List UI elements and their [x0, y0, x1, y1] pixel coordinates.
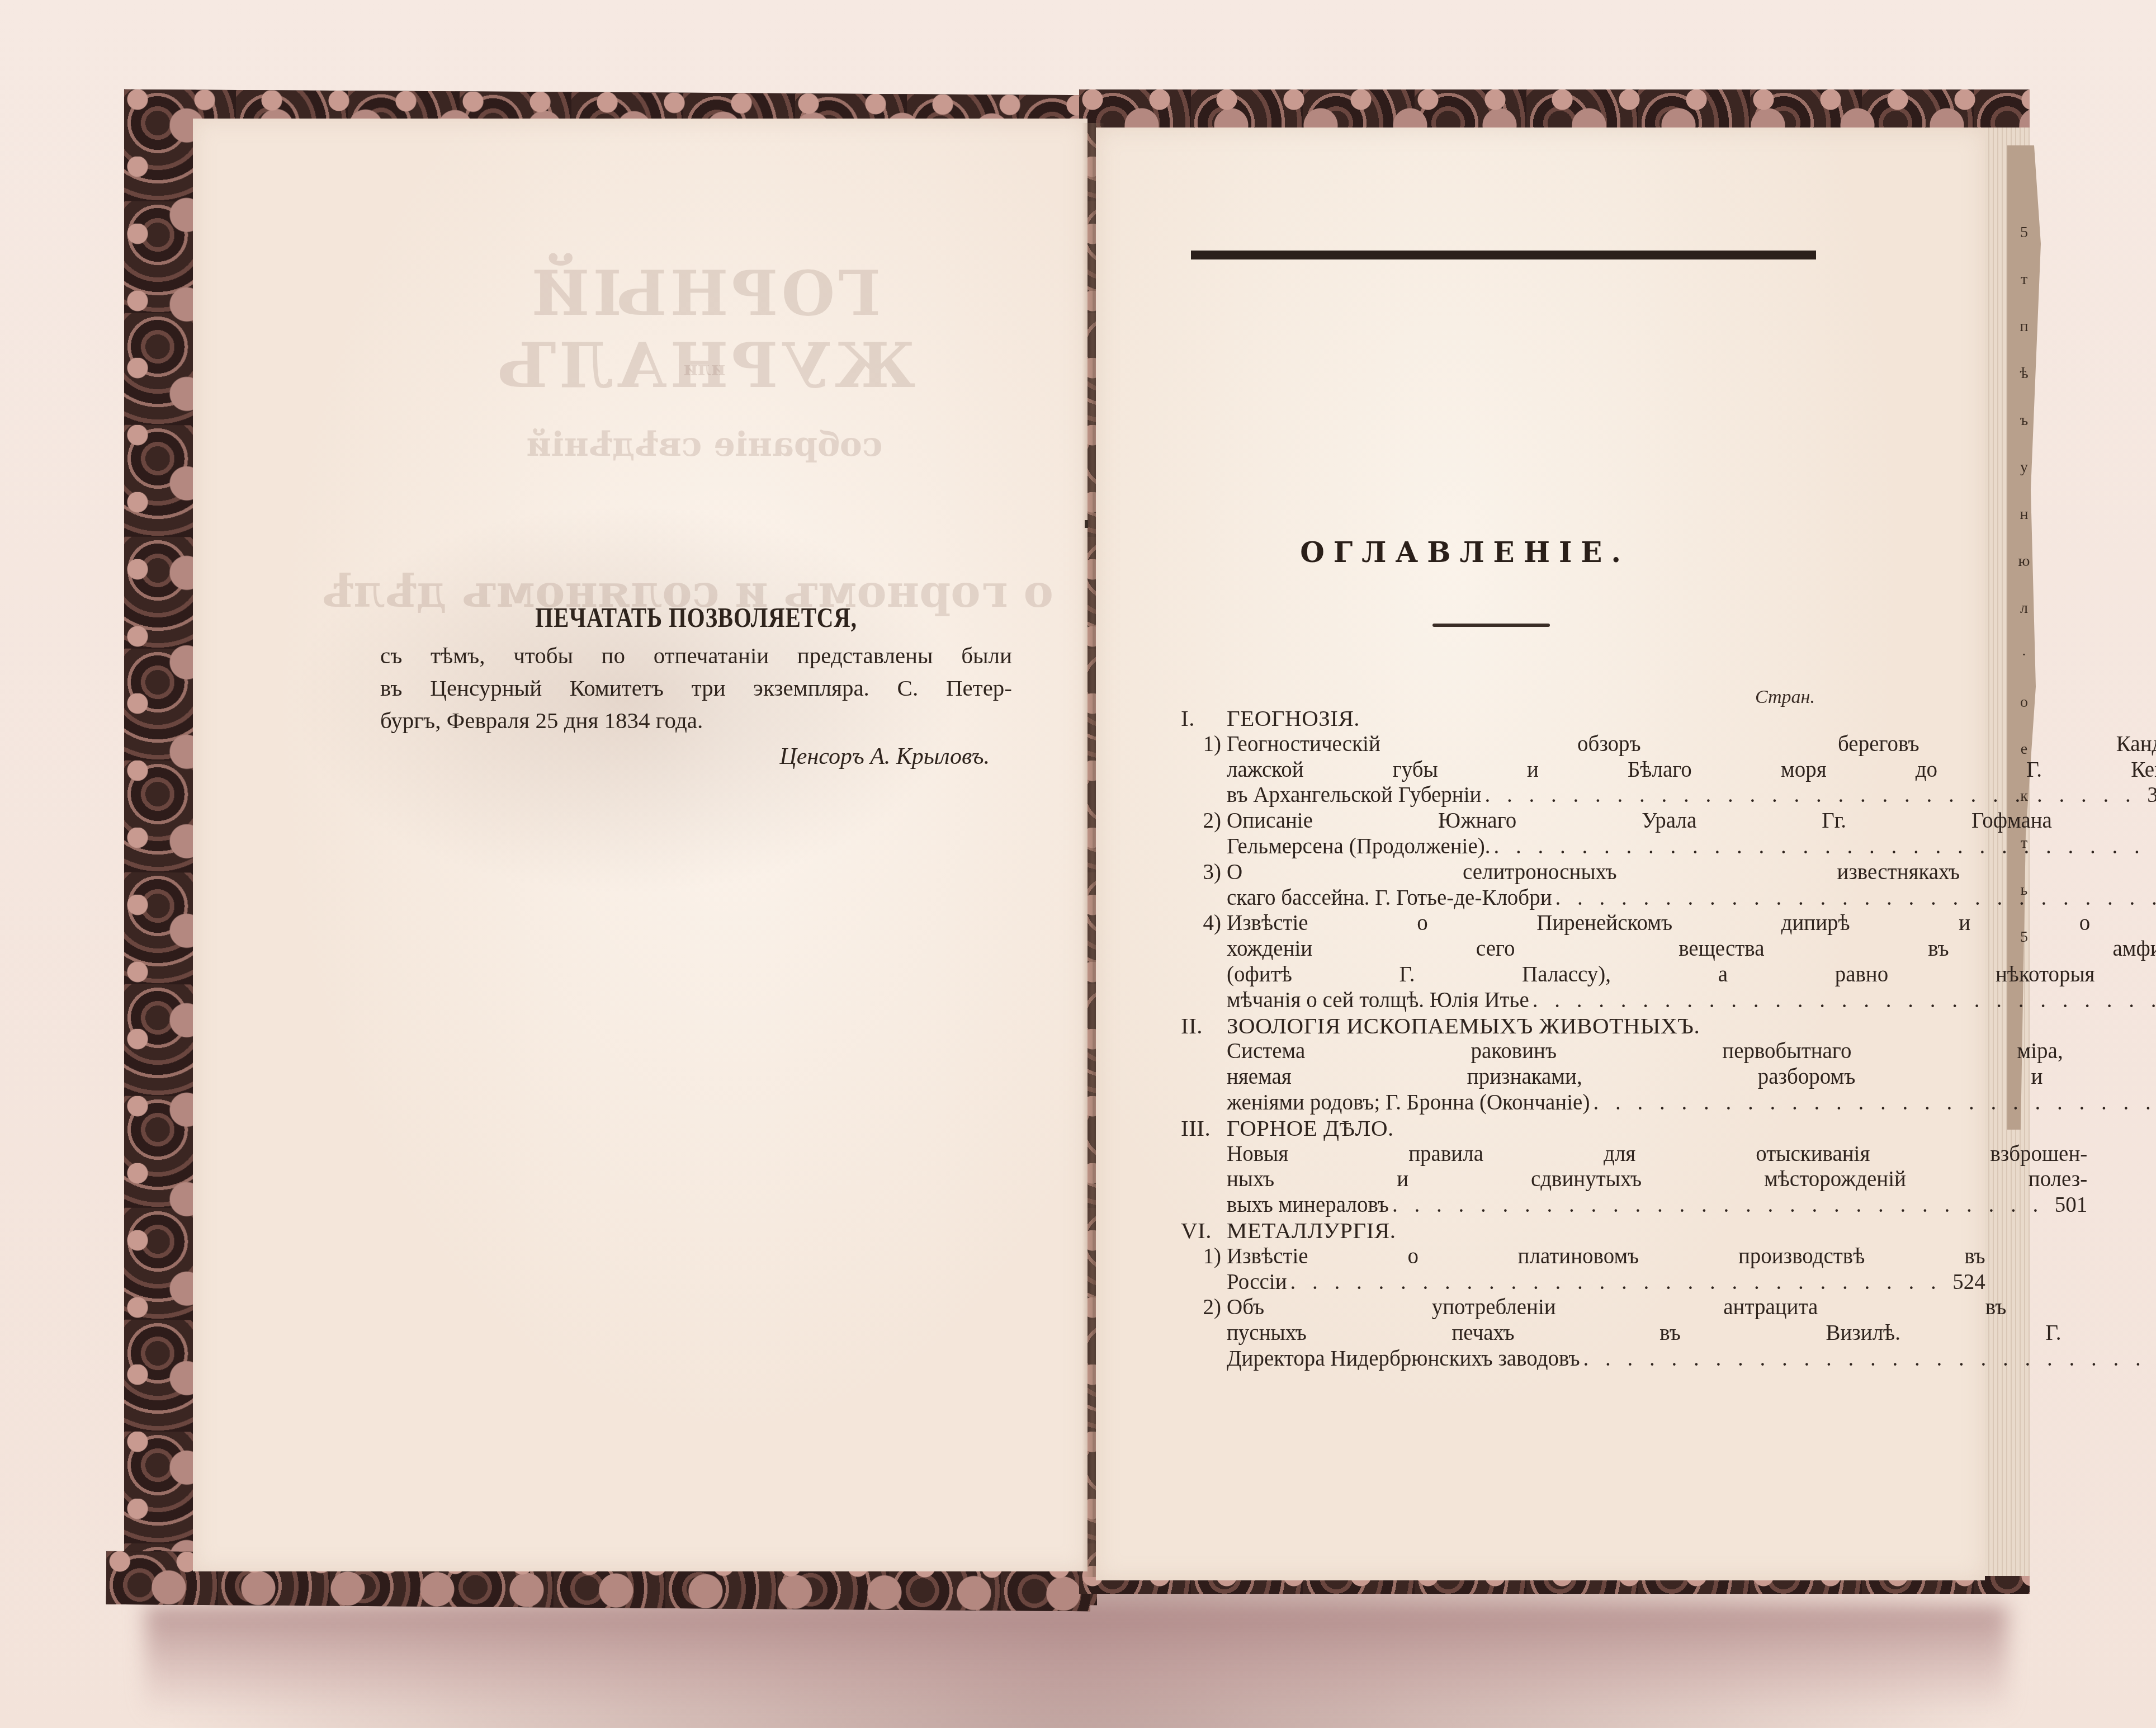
entry-last-line: женіями родовъ; Г. Бронна (Окончаніе). .…: [1227, 1090, 2156, 1116]
entry-line: Директора Нидербрюнскихъ заводовъ: [1227, 1346, 1580, 1372]
entry-text: Извѣстіе о платиновомъ производствѣ въРо…: [1227, 1244, 1985, 1295]
entry-text: Геогностическій обзоръ береговъ Канда-ла…: [1227, 731, 2156, 808]
entry-last-line: выхъ минераловъ. . . . . . . . . . . . .…: [1227, 1192, 2087, 1218]
section-title: МЕТАЛЛУРГІЯ.: [1227, 1218, 1818, 1244]
toc-entry: Система раковинъ первобытнаго міра, объя…: [1181, 1038, 1818, 1115]
bleed-through-line2: собраніе свѣдѣній: [313, 425, 1096, 464]
edge-letter: ѣ: [2020, 365, 2028, 383]
entry-line: пусныхъ печахъ въ Визилѣ. Г. Робина,: [1227, 1320, 2156, 1346]
imprimatur-line: съ тѣмъ, чтобы по отпечатаніи представле…: [380, 639, 1012, 672]
page-number: 524: [1945, 1269, 1985, 1295]
section-title: ЗООЛОГІЯ ИСКОПАЕМЫХЪ ЖИВОТНЫХЪ.: [1227, 1013, 1818, 1039]
entry-last-line: скаго бассейна. Г. Готье-де-Клобри. . . …: [1227, 885, 2156, 911]
dot-leader: . . . . . . . . . . . . . . . . . . . . …: [1590, 1090, 2156, 1116]
entry-last-line: Россіи. . . . . . . . . . . . . . . . . …: [1227, 1269, 1985, 1295]
bleed-through-line1: или: [313, 358, 1096, 380]
section-title: ГОРНОЕ ДѢЛО.: [1227, 1116, 1818, 1141]
entry-number: 2): [1181, 808, 1227, 860]
entry-line: Россіи: [1227, 1269, 1287, 1295]
entry-line: Описаніе Южнаго Урала Гг. Гофмана и: [1227, 808, 2156, 834]
edge-letter: о: [2020, 693, 2028, 711]
dot-leader: . . . . . . . . . . . . . . . . . . . . …: [1287, 1269, 1945, 1295]
toc-heading: ОГЛАВЛЕНІЕ.: [1252, 536, 1677, 569]
section-number: VI.: [1181, 1218, 1227, 1244]
entry-line: хожденіи сего вещества въ амфиболитѣ: [1227, 936, 2156, 962]
toc-entry: 3)О селитроносныхъ известнякахъ Париж-ск…: [1181, 860, 1818, 911]
dot-leader: . . . . . . . . . . . . . . . . . . . . …: [1580, 1346, 2156, 1372]
dot-leader: . . . . . . . . . . . . . . . . . . . . …: [1552, 885, 2156, 911]
book-shadow: [145, 1605, 2007, 1717]
censorship-imprimatur: ПЕЧАТАТЬ ПОЗВОЛЯЕТСЯ, съ тѣмъ, чтобы по …: [380, 601, 1012, 770]
edge-letter: т: [2021, 271, 2027, 289]
section-title: ГЕОГНОЗІЯ.: [1227, 706, 1818, 731]
section-number: II.: [1181, 1013, 1227, 1039]
entry-text: Объ употребленіи антрацита въ высококор-…: [1227, 1295, 2156, 1371]
page-number: 397: [2140, 782, 2156, 808]
edge-letter: ю: [2018, 553, 2030, 570]
entry-number: 1): [1181, 731, 1227, 808]
imprimatur-line: въ Ценсурный Комитетъ три экземпляра. С.…: [380, 672, 1012, 704]
entry-line: Система раковинъ первобытнаго міра, объя…: [1227, 1038, 2156, 1064]
toc-entry: 2)Описаніе Южнаго Урала Гг. Гофмана иГел…: [1181, 808, 1818, 860]
entry-line: (офитѣ Г. Палассу), а равно нѣкоторыя за…: [1227, 962, 2156, 988]
dot-leader: . . . . . . . . . . . . . . . . . . . . …: [1481, 782, 2139, 808]
edge-letter: у: [2020, 459, 2028, 476]
dot-leader: . . . . . . . . . . . . . . . . . . . . …: [1389, 1192, 2047, 1218]
entry-last-line: въ Архангельской Губерніи. . . . . . . .…: [1227, 782, 2156, 808]
entry-text: Описаніе Южнаго Урала Гг. Гофмана иГельм…: [1227, 808, 2156, 860]
imprimatur-line: бургъ, Февраля 25 дня 1834 года.: [380, 704, 1012, 736]
entry-line: Извѣстіе о платиновомъ производствѣ въ: [1227, 1244, 1985, 1269]
toc-section-heading: II.ЗООЛОГІЯ ИСКОПАЕМЫХЪ ЖИВОТНЫХЪ.: [1181, 1013, 1818, 1039]
entry-line: скаго бассейна. Г. Готье-де-Клобри: [1227, 885, 1552, 911]
entry-text: О селитроносныхъ известнякахъ Париж-скаг…: [1227, 860, 2156, 911]
toc-section-heading: III.ГОРНОЕ ДѢЛО.: [1181, 1116, 1818, 1141]
section-number: III.: [1181, 1116, 1227, 1141]
entry-line: выхъ минераловъ: [1227, 1192, 1389, 1218]
entry-last-line: Директора Нидербрюнскихъ заводовъ. . . .…: [1227, 1346, 2156, 1372]
header-double-rule: [1191, 251, 1816, 259]
entry-last-line: Гельмерсена (Продолженіе).. . . . . . . …: [1227, 834, 2156, 860]
page-number: 427: [2149, 834, 2156, 860]
edge-letter: 5: [2020, 224, 2028, 242]
entry-line: мѣчанія о сей толщѣ. Юлія Итье: [1227, 988, 1529, 1013]
censor-signature: Ценсоръ А. Крыловъ.: [380, 743, 1012, 770]
page-number: 501: [2047, 1192, 2087, 1218]
toc-section-heading: VI.МЕТАЛЛУРГІЯ.: [1181, 1218, 1818, 1244]
edge-letter: п: [2020, 318, 2029, 336]
entry-text: Извѣстіе о Пиренейскомъ дипирѣ и о на-хо…: [1227, 910, 2156, 1013]
entry-number: 1): [1181, 1244, 1227, 1295]
entry-line: Объ употребленіи антрацита въ высококор-: [1227, 1295, 2156, 1320]
entry-text: Система раковинъ первобытнаго міра, объя…: [1227, 1038, 2156, 1115]
dot-leader: . . . . . . . . . . . . . . . . . . . . …: [1490, 834, 2148, 860]
section-number: I.: [1181, 706, 1227, 731]
toc-entry: 4)Извѣстіе о Пиренейскомъ дипирѣ и о на-…: [1181, 910, 1818, 1013]
entry-line: О селитроносныхъ известнякахъ Париж-: [1227, 860, 2156, 885]
toc-entry: Новыя правила для отыскиванія взброшен-н…: [1181, 1141, 1818, 1218]
entry-line: ныхъ и сдвинутыхъ мѣсторожденій полез-: [1227, 1167, 2087, 1192]
toc-entry: 1)Геогностическій обзоръ береговъ Канда-…: [1181, 731, 1818, 808]
dot-leader: . . . . . . . . . . . . . . . . . . . . …: [1529, 988, 2156, 1013]
edge-letter: л: [2020, 599, 2028, 617]
entry-line: лажской губы и Бѣлаго моря до Г. Кеми: [1227, 757, 2156, 783]
heading-divider: [1432, 624, 1550, 627]
edge-letter: ъ: [2020, 412, 2028, 429]
edge-letter: н: [2020, 506, 2029, 523]
edge-letter: ·: [2021, 646, 2026, 664]
entry-last-line: мѣчанія о сей толщѣ. Юлія Итье. . . . . …: [1227, 988, 2156, 1013]
spine-stitch-mark: [1085, 520, 1088, 528]
table-of-contents: I.ГЕОГНОЗІЯ.1)Геогностическій обзоръ бер…: [1181, 706, 1818, 1372]
entry-line: Гельмерсена (Продолженіе).: [1227, 834, 1490, 860]
entry-text: Новыя правила для отыскиванія взброшен-н…: [1227, 1141, 2087, 1218]
pages-column-label: Стран.: [1705, 687, 1815, 708]
entry-number: 3): [1181, 860, 1227, 911]
toc-section-heading: I.ГЕОГНОЗІЯ.: [1181, 706, 1818, 731]
entry-number: 4): [1181, 910, 1227, 1013]
toc-entry: 2)Объ употребленіи антрацита въ высококо…: [1181, 1295, 1818, 1371]
toc-entry: 1)Извѣстіе о платиновомъ производствѣ въ…: [1181, 1244, 1818, 1295]
entry-line: въ Архангельской Губерніи: [1227, 782, 1481, 808]
imprimatur-title: ПЕЧАТАТЬ ПОЗВОЛЯЕТСЯ,: [437, 601, 956, 634]
entry-line: Извѣстіе о Пиренейскомъ дипирѣ и о на-: [1227, 910, 2156, 936]
imprimatur-body: съ тѣмъ, чтобы по отпечатаніи представле…: [380, 639, 1012, 736]
entry-line: Новыя правила для отыскиванія взброшен-: [1227, 1141, 2087, 1167]
entry-line: Геогностическій обзоръ береговъ Канда-: [1227, 731, 2156, 757]
entry-line: женіями родовъ; Г. Бронна (Окончаніе): [1227, 1090, 1590, 1116]
entry-number: 2): [1181, 1295, 1227, 1371]
entry-line: няемая признаками, разборомъ и изобра-: [1227, 1064, 2156, 1090]
